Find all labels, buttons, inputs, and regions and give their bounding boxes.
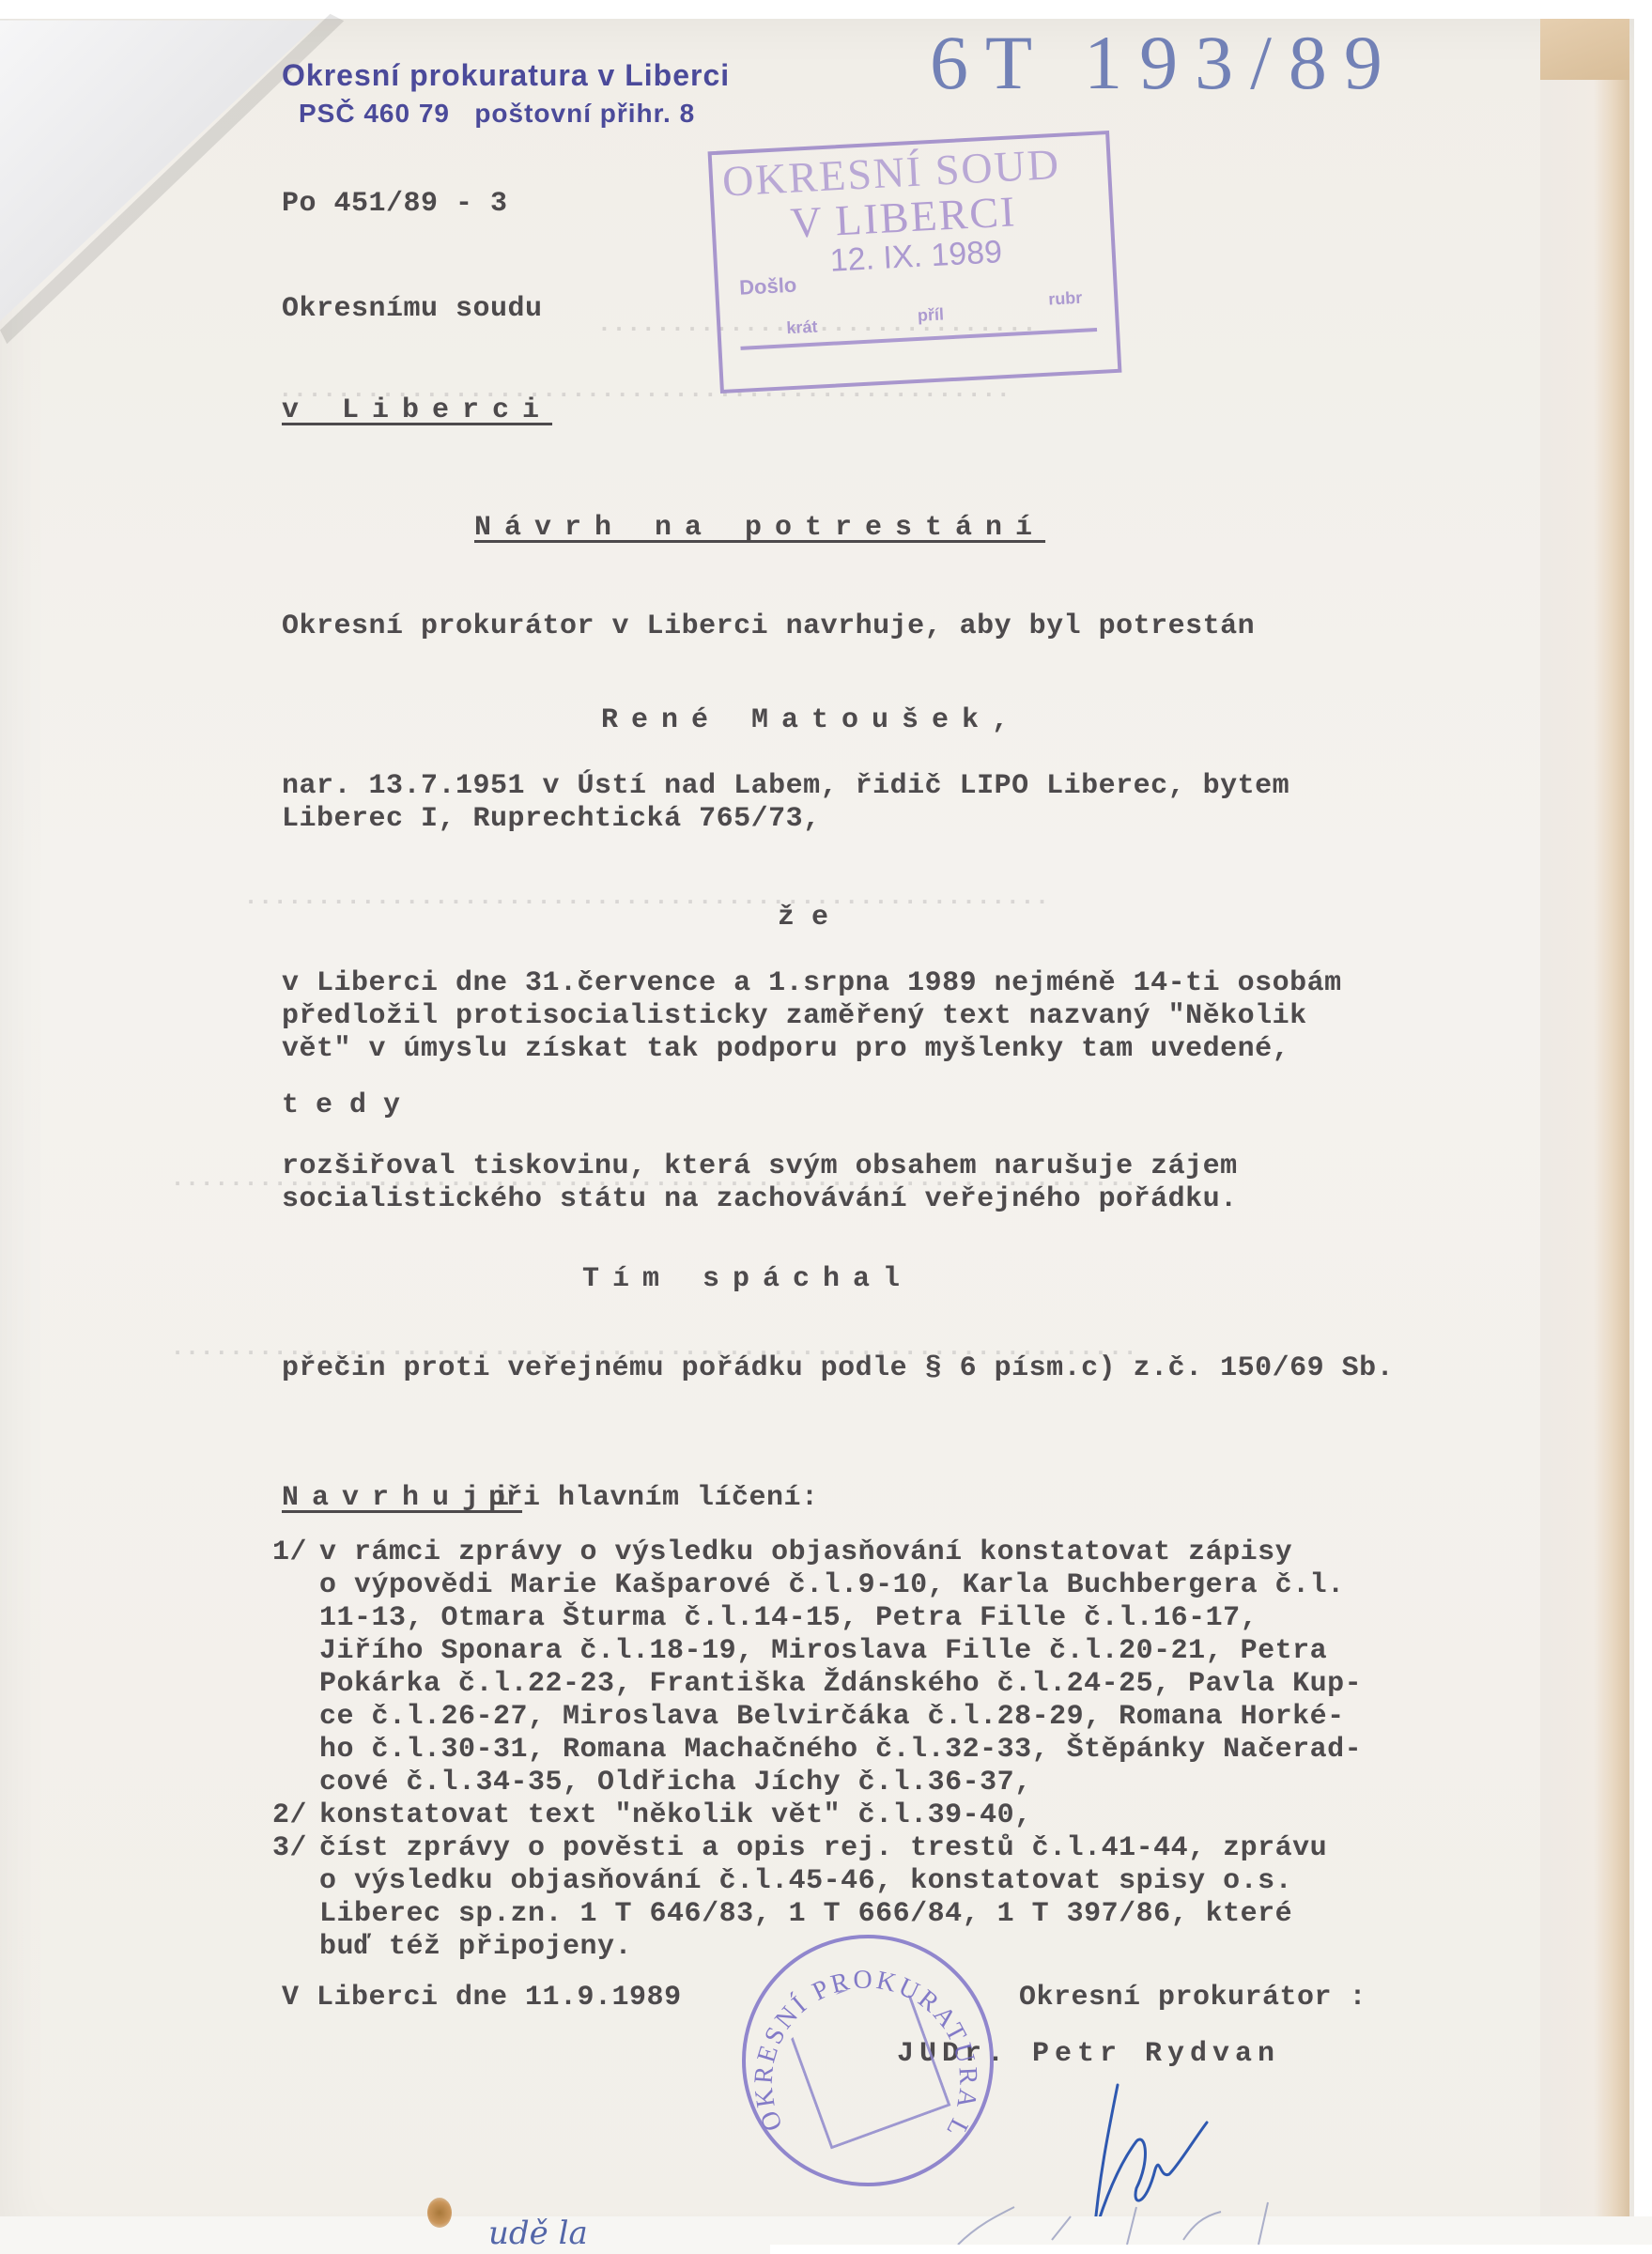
- letterhead-line2: PSČ 460 79 poštovní přihr. 8: [299, 99, 695, 129]
- proposal-2-line: konstatovat text "několik vět" č.l.39-40…: [319, 1799, 1032, 1831]
- consequence-line-1: rozšiřoval tiskovinu, která svým obsahem…: [282, 1150, 1238, 1182]
- charge-line-1: v Liberci dne 31.července a 1.srpna 1989…: [282, 967, 1342, 999]
- proposal-1-line: ho č.l.30-31, Romana Machačného č.l.32-3…: [319, 1734, 1362, 1766]
- consequence-line-2: socialistického státu na zachovávání veř…: [282, 1183, 1238, 1215]
- court-stamp-field-2: příl: [917, 304, 944, 325]
- proposals-heading-rest: při hlavním líčení:: [488, 1482, 819, 1514]
- court-stamp-field-1: krát: [786, 317, 818, 339]
- defendant-name: René Matoušek,: [601, 704, 1022, 736]
- proposal-3-line: číst zprávy o pověsti a opis rej. trestů…: [319, 1832, 1327, 1864]
- official-seal-stamp: OKRESNÍ PROKURATURA LIBEREC: [742, 1935, 994, 2186]
- ze-heading: že: [778, 902, 845, 934]
- document-title: Návrh na potrestání: [474, 512, 1045, 544]
- proposal-1-number: 1/: [272, 1536, 307, 1568]
- proposal-3-line: o výsledku objasňování č.l.45-46, konsta…: [319, 1865, 1292, 1897]
- addressee-line1: Okresnímu soudu: [282, 293, 543, 325]
- proposal-1-line: 11-13, Otmara Šturma č.l.14-15, Petra Fi…: [319, 1602, 1258, 1634]
- proposal-1-line: o výpovědi Marie Kašparové č.l.9-10, Kar…: [319, 1569, 1345, 1601]
- charge-line-3: vět" v úmyslu získat tak podporu pro myš…: [282, 1033, 1289, 1065]
- reference-number: Po 451/89 - 3: [282, 188, 508, 220]
- court-received-stamp: OKRESNÍ SOUD V LIBERCI Došlo 12. IX. 198…: [708, 131, 1122, 394]
- court-stamp-field-3: rubr: [1048, 288, 1083, 310]
- seal-text: OKRESNÍ PROKURATURA LIBEREC: [746, 1938, 982, 2144]
- paper-stain: [427, 2198, 452, 2228]
- bleed-through-text: ........................................…: [141, 883, 1049, 911]
- tedy-heading: tedy: [282, 1089, 417, 1121]
- addressee-line2: v Liberci: [282, 394, 552, 426]
- proposals-heading: Navrhuji: [282, 1482, 522, 1514]
- offense-text: přečin proti veřejnému pořádku podle § 6…: [282, 1352, 1394, 1384]
- signatory-title: Okresní prokurátor :: [1019, 1982, 1366, 2014]
- proposal-3-line: buď též připojeny.: [319, 1931, 632, 1963]
- court-stamp-date-label: Došlo: [739, 273, 797, 301]
- proposal-1-line: ce č.l.26-27, Miroslava Belvirčáka č.l.2…: [319, 1701, 1345, 1733]
- proposal-1-line: Jiřího Sponara č.l.18-19, Miroslava Fill…: [319, 1635, 1327, 1667]
- place-and-date: V Liberci dne 11.9.1989: [282, 1982, 682, 2014]
- charge-line-2: předložil protisocialisticky zaměřený te…: [282, 1000, 1307, 1032]
- proposal-1-line: Pokárka č.l.22-23, Františka Ždánského č…: [319, 1668, 1362, 1700]
- proposal-2-number: 2/: [272, 1799, 307, 1831]
- handwritten-note: udě la: [488, 2215, 588, 2252]
- letterhead-line1: Okresní prokuratura v Liberci: [282, 58, 730, 93]
- svg-text:OKRESNÍ PROKURATURA LIBEREC: OKRESNÍ PROKURATURA LIBEREC: [746, 1938, 982, 2144]
- folder-tab: [1540, 19, 1629, 80]
- proposal-3-line: Liberec sp.zn. 1 T 646/83, 1 T 666/84, 1…: [319, 1898, 1292, 1930]
- proposal-1-line: v rámci zprávy o výsledku objasňování ko…: [319, 1536, 1292, 1568]
- proposal-1-line: cové č.l.34-35, Oldřicha Jíchy č.l.36-37…: [319, 1767, 1032, 1799]
- proposal-3-number: 3/: [272, 1832, 307, 1864]
- folder-edge: [1540, 19, 1629, 2254]
- court-stamp-date: 12. IX. 1989: [829, 234, 1003, 280]
- defendant-details-line1: nar. 13.7.1951 v Ústí nad Labem, řidič L…: [282, 770, 1289, 802]
- tim-spachal-heading: Tím spáchal: [582, 1263, 913, 1295]
- intro-text: Okresní prokurátor v Liberci navrhuje, a…: [282, 610, 1255, 642]
- scan-edge: [770, 2245, 1652, 2254]
- case-number-stamp: 6T 193/89: [930, 21, 1399, 105]
- seal-text-ring: OKRESNÍ PROKURATURA LIBEREC: [746, 1938, 990, 2183]
- defendant-details-line2: Liberec I, Ruprechtická 765/73,: [282, 803, 821, 835]
